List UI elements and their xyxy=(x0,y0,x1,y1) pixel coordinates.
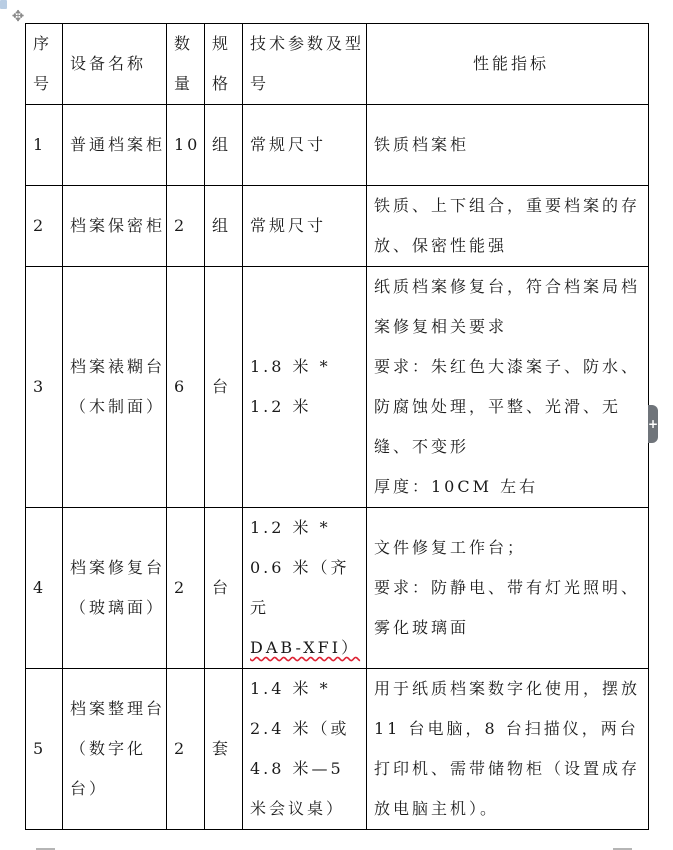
table-row: 2 档案保密柜 2 组 常规尺寸 铁质、上下组合，重要档案的存放、保密性能强 xyxy=(26,186,649,267)
table-header-row: 序 号 设备名称 数 量 规 格 技术参数及型号 性能指标 xyxy=(26,24,649,105)
cell-perf: 用于纸质档案数字化使用，摆放 11 台电脑，8 台扫描仪，两台打印机、需带储物柜… xyxy=(367,669,649,830)
cell-perf: 纸质档案修复台，符合档案局档案修复相关要求 要求：朱红色大漆案子、防水、防腐蚀处… xyxy=(367,267,649,508)
spellcheck-underlined-text: DAB-XFI） xyxy=(250,628,366,668)
cell-qty: 10 xyxy=(167,105,205,186)
document-icon xyxy=(0,0,7,9)
cell-name: 普通档案柜 xyxy=(63,105,167,186)
cell-perf: 铁质、上下组合，重要档案的存放、保密性能强 xyxy=(367,186,649,267)
cell-tech: 常规尺寸 xyxy=(243,105,367,186)
cell-unit: 台 xyxy=(205,267,243,508)
header-perf: 性能指标 xyxy=(367,24,649,105)
cell-unit: 台 xyxy=(205,508,243,669)
cell-name: 档案保密柜 xyxy=(63,186,167,267)
cell-tech: 1.2 米 * 0.6 米（齐元 DAB-XFI） xyxy=(243,508,367,669)
cell-tech: 1.8 米 * 1.2 米 xyxy=(243,267,367,508)
cell-name: 档案修复台（玻璃面） xyxy=(63,508,167,669)
cell-seq: 4 xyxy=(26,508,63,669)
cell-unit: 组 xyxy=(205,105,243,186)
header-unit: 规 格 xyxy=(205,24,243,105)
cell-perf: 铁质档案柜 xyxy=(367,105,649,186)
cell-name: 档案裱糊台（木制面） xyxy=(63,267,167,508)
table-row: 5 档案整理台（数字化台） 2 套 1.4 米 * 2.4 米（或4.8 米—5… xyxy=(26,669,649,830)
cell-qty: 6 xyxy=(167,267,205,508)
cell-tech: 1.4 米 * 2.4 米（或4.8 米—5 米会议桌） xyxy=(243,669,367,830)
header-qty: 数 量 xyxy=(167,24,205,105)
cell-perf: 文件修复工作台； 要求：防静电、带有灯光照明、雾化玻璃面 xyxy=(367,508,649,669)
header-name: 设备名称 xyxy=(63,24,167,105)
cell-unit: 组 xyxy=(205,186,243,267)
add-row-icon[interactable]: + xyxy=(648,405,658,443)
table-row: 4 档案修复台（玻璃面） 2 台 1.2 米 * 0.6 米（齐元 DAB-XF… xyxy=(26,508,649,669)
cell-seq: 3 xyxy=(26,267,63,508)
cell-qty: 2 xyxy=(167,508,205,669)
cell-qty: 2 xyxy=(167,669,205,830)
cell-seq: 2 xyxy=(26,186,63,267)
cell-seq: 5 xyxy=(26,669,63,830)
header-seq: 序 号 xyxy=(26,24,63,105)
cell-tech: 常规尺寸 xyxy=(243,186,367,267)
cell-qty: 2 xyxy=(167,186,205,267)
cell-unit: 套 xyxy=(205,669,243,830)
table-move-handle-icon[interactable]: ✥ xyxy=(10,8,26,24)
table-row: 1 普通档案柜 10 组 常规尺寸 铁质档案柜 xyxy=(26,105,649,186)
equipment-spec-table: 序 号 设备名称 数 量 规 格 技术参数及型号 性能指标 1 普通档案柜 10… xyxy=(25,23,649,830)
cell-seq: 1 xyxy=(26,105,63,186)
table-row: 3 档案裱糊台（木制面） 6 台 1.8 米 * 1.2 米 纸质档案修复台，符… xyxy=(26,267,649,508)
header-tech: 技术参数及型号 xyxy=(243,24,367,105)
cell-name: 档案整理台（数字化台） xyxy=(63,669,167,830)
